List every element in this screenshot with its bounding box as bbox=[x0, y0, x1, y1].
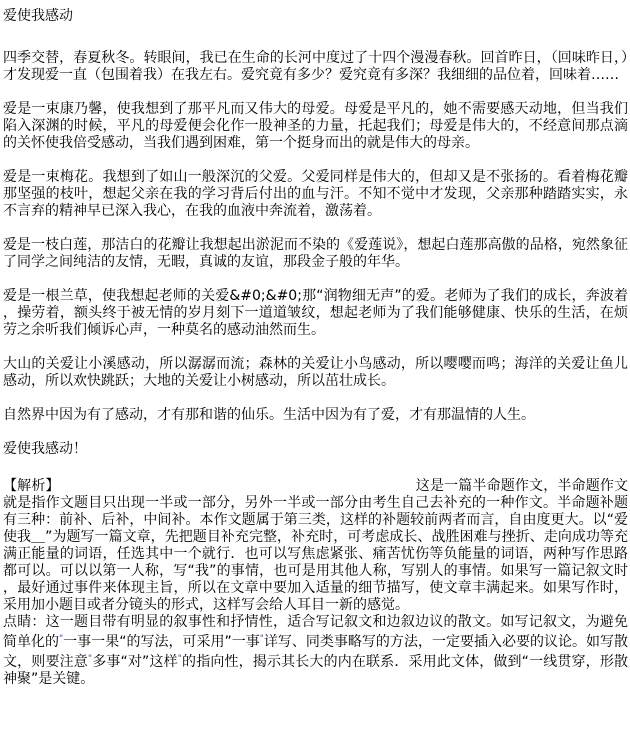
analysis-gap-spacer bbox=[60, 489, 416, 490]
essay-paragraph-teacher-love: 爱是一根兰草，使我想起老师的关爱&#0;&#0;那“润物细无声”的爱。老师为了我… bbox=[3, 288, 628, 339]
analysis-body-text: 这是一篇半命题作文，半命题作文就是指作文题目只出现一半或一部分，另外一半或一部分… bbox=[3, 478, 628, 613]
essay-title-text: 爱使我感动 bbox=[3, 8, 73, 24]
dianjing-text-segment: 多事“对”这样 bbox=[92, 654, 178, 670]
essay-paragraph-nature: 大山的关爱让小溪感动，所以潺潺而流；森林的关爱让小鸟感动，所以嘤嘤而鸣；海洋的关… bbox=[3, 356, 628, 390]
essay-paragraph-closing-exclamation: 爱使我感动！ bbox=[3, 441, 628, 458]
essay-paragraph-mother-love: 爱是一束康乃馨，使我想到了那平凡而又伟大的母爱。母爱是平凡的，她不需要感天动地，… bbox=[3, 101, 628, 152]
analysis-dianjing-paragraph: 点睛：这一题目带有明显的叙事性和抒情性，适合写记叙文和边叙边议的散文。如写记叙文… bbox=[3, 614, 628, 688]
analysis-paragraph: 【解析】这是一篇半命题作文，半命题作文就是指作文题目只出现一半或一部分，另外一半… bbox=[3, 478, 628, 614]
essay-title: 爱使我感动 bbox=[3, 8, 628, 25]
essay-paragraph-father-love: 爱是一束梅花。我想到了如山一般深沉的父爱。父爱同样是伟大的，但却又是不张扬的。看… bbox=[3, 169, 628, 220]
essay-paragraph-intro: 四季交替，春夏秋冬。转眼间，我已在生命的长河中度过了十四个漫漫春秋。回首昨日，（… bbox=[3, 50, 628, 84]
essay-paragraph-friendship: 爱是一枝白莲，那洁白的花瓣让我想起出淤泥而不染的《爱莲说》，想起白莲那高傲的品格… bbox=[3, 237, 628, 271]
analysis-section: 【解析】这是一篇半命题作文，半命题作文就是指作文题目只出现一半或一部分，另外一半… bbox=[3, 478, 628, 688]
essay-paragraph-conclusion: 自然界中因为有了感动，才有那和谐的仙乐。生活中因为有了爱，才有那温情的人生。 bbox=[3, 407, 628, 424]
dianjing-text-segment: 一事一果“的写法，可采用”一事 bbox=[63, 634, 260, 650]
document-page: 爱使我感动 四季交替，春夏秋冬。转眼间，我已在生命的长河中度过了十四个漫漫春秋。… bbox=[0, 0, 630, 736]
analysis-label: 【解析】 bbox=[3, 478, 60, 494]
